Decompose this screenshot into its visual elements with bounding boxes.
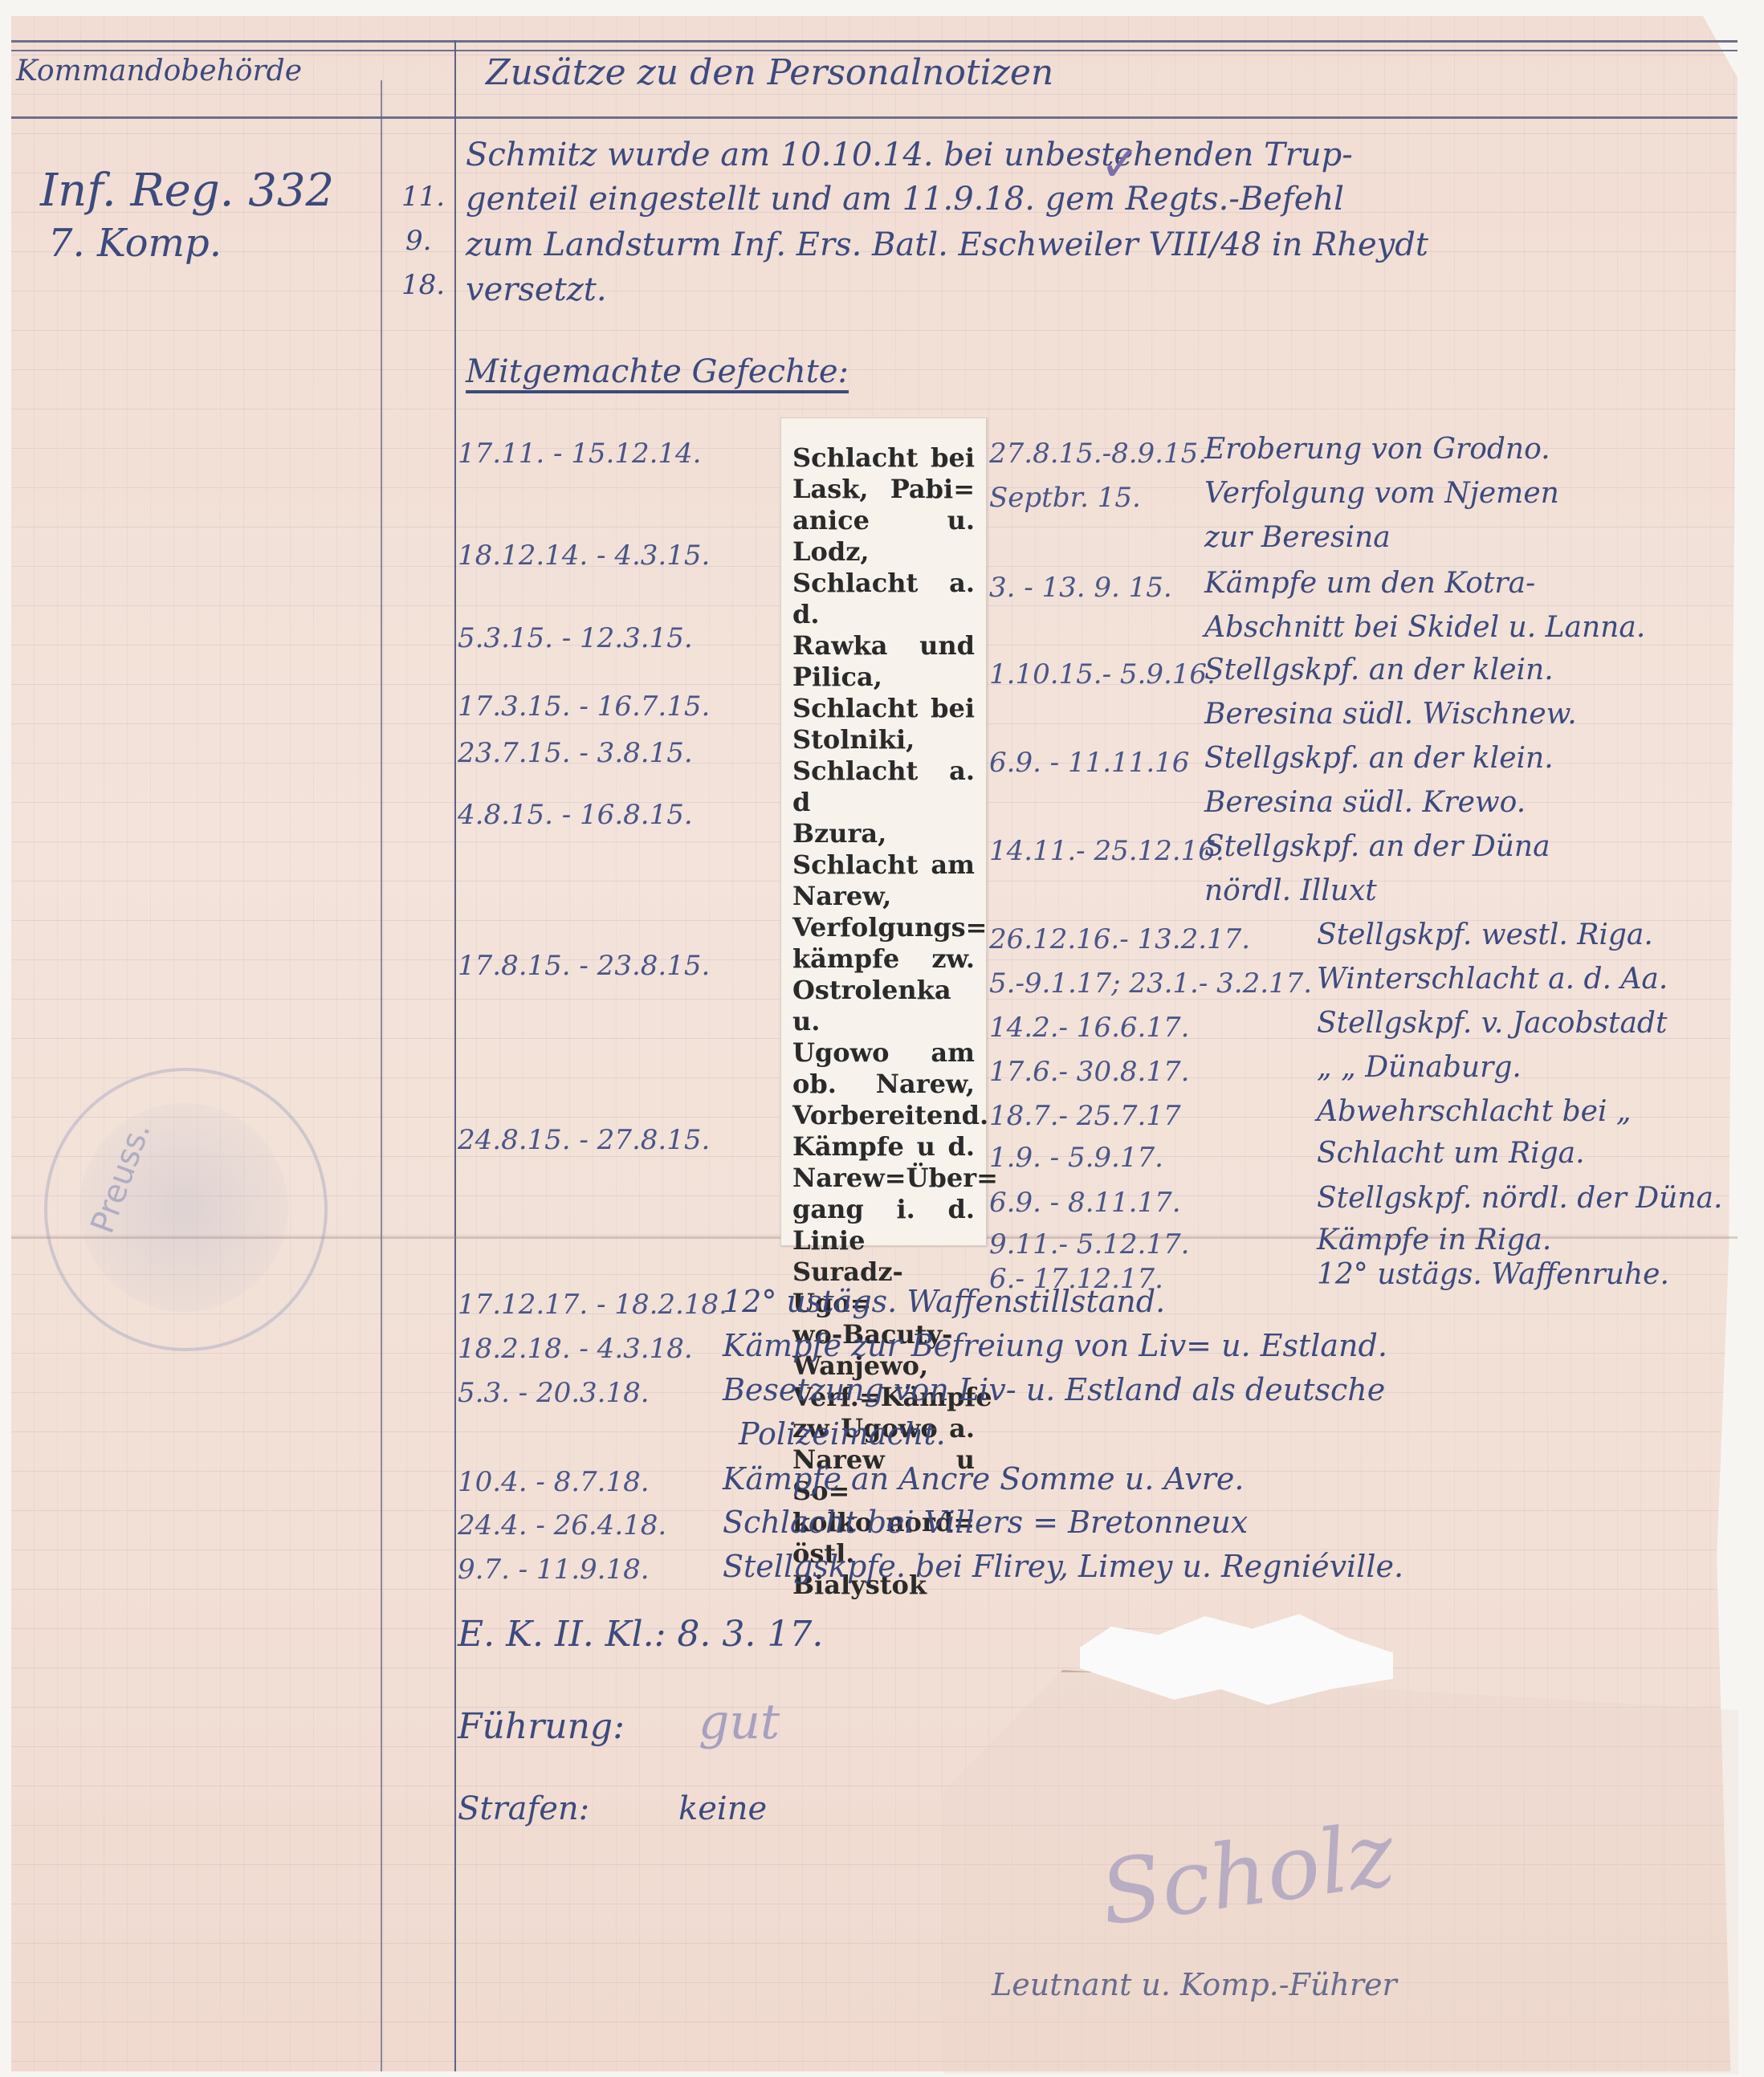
left-date-2: 18.12.14. - 4.3.15.	[458, 540, 710, 572]
lower-entry-date: 10.4. - 8.7.18.	[458, 1466, 650, 1498]
clipping-line: anice u. Lodz,	[781, 505, 986, 568]
lower-entry-date: 24.4. - 26.4.18.	[458, 1509, 666, 1541]
checkmark-icon: ✓	[1100, 136, 1140, 193]
unit-company: 7. Komp.	[48, 221, 222, 266]
intro-line-3: zum Landsturm Inf. Ers. Batl. Eschweiler…	[466, 226, 1428, 263]
header-bottom-rule	[11, 116, 1738, 119]
clipping-line: Pilica,	[781, 662, 986, 693]
clipping-line: Lask, Pabi=	[781, 474, 986, 505]
lower-entry-text: 12° ustägs. Waffenstillstand.	[723, 1284, 1165, 1319]
right-entry-date: 5.-9.1.17; 23.1.- 3.2.17.	[989, 967, 1312, 1000]
lower-entry-text: Kämpfe an Ancre Somme u. Avre.	[723, 1461, 1244, 1497]
right-entry-text: Eroberung von Grodno.	[1204, 433, 1550, 466]
clipping-line: Bzura,	[781, 818, 986, 849]
clipping-line: Schlacht bei	[781, 693, 986, 724]
right-entry-text: Schlacht um Riga.	[1317, 1137, 1585, 1170]
column-divider-left	[381, 80, 382, 2071]
lower-entry-date: 9.7. - 11.9.18.	[458, 1554, 650, 1586]
right-entry-text: Kämpfe in Riga.	[1317, 1224, 1551, 1256]
right-entry-date: 27.8.15.-8.9.15.	[989, 438, 1207, 470]
clipping-line: Verfolgungs=	[781, 912, 986, 943]
clipping-line: kämpfe zw.	[781, 943, 986, 975]
header-top-rule-2	[11, 50, 1738, 51]
penalties-label: Strafen:	[458, 1790, 589, 1827]
clipping-line: ob. Narew,	[781, 1069, 986, 1100]
clipping-line: Schlacht bei	[781, 442, 986, 474]
right-entry-date: 14.2.- 16.6.17.	[989, 1012, 1189, 1044]
right-entry-text: Abwehrschlacht bei „	[1317, 1095, 1632, 1128]
lower-entry-text: Stellgskpfe. bei Flirey, Limey u. Regnié…	[723, 1549, 1403, 1584]
decoration-iron-cross: E. K. II. Kl.: 8. 3. 17.	[458, 1614, 823, 1655]
clipping-line: Ostrolenka u.	[781, 975, 986, 1037]
left-date-3: 5.3.15. - 12.3.15.	[458, 622, 693, 654]
right-entry-text: Stellgskpf. an der klein.	[1204, 742, 1554, 775]
clipping-line: Schlacht a. d.	[781, 568, 986, 630]
conduct-value: gut	[699, 1694, 780, 1750]
lower-entry-date: 5.3. - 20.3.18.	[458, 1377, 650, 1409]
lower-entry-date: 18.2.18. - 4.3.18.	[458, 1333, 693, 1365]
intro-line-1: Schmitz wurde am 10.10.14. bei unbestehe…	[466, 136, 1353, 173]
left-date-5: 23.7.15. - 3.8.15.	[458, 737, 693, 769]
right-entry-text: Kämpfe um den Kotra-	[1204, 567, 1535, 600]
clipping-line: gang i. d. Linie	[781, 1194, 986, 1256]
right-entry-text: Stellgskpf. westl. Riga.	[1317, 918, 1653, 951]
left-date-8: 24.8.15. - 27.8.15.	[458, 1124, 710, 1156]
right-entry-date: 3. - 13. 9. 15.	[989, 572, 1172, 604]
clipping-line: Ugowo am	[781, 1037, 986, 1069]
right-entry-text: Beresina südl. Krewo.	[1204, 786, 1526, 819]
official-stamp: Preuss.	[44, 1068, 328, 1351]
right-entry-date: 17.6.- 30.8.17.	[989, 1056, 1189, 1088]
clipping-line: Schlacht am	[781, 849, 986, 881]
right-entry-text: Stellgskpf. v. Jacobstadt	[1317, 1007, 1667, 1040]
section-title: Mitgemachte Gefechte:	[466, 353, 849, 390]
clipping-line: Kämpfe u d.	[781, 1131, 986, 1163]
left-date-7: 17.8.15. - 23.8.15.	[458, 950, 710, 982]
clipping-line: Rawka und	[781, 630, 986, 662]
right-entry-date: 1.10.15.- 5.9.16.	[989, 658, 1216, 690]
right-entry-date: Septbr. 15.	[989, 482, 1141, 514]
right-entry-text: Stellgskpf. an der Düna	[1204, 830, 1550, 863]
right-entry-text: nördl. Illuxt	[1204, 874, 1377, 907]
lower-entry-text: Kämpfe zur Befreiung von Liv= u. Estland…	[723, 1328, 1387, 1363]
date-day: 11.	[401, 181, 445, 213]
clipping-line: Schlacht a. d	[781, 755, 986, 818]
lower-entry-text: Polizeimacht.	[739, 1416, 946, 1452]
left-date-4: 17.3.15. - 16.7.15.	[458, 690, 710, 723]
header-kommandobehoerde: Kommandobehörde	[16, 55, 302, 88]
right-entry-text: Verfolgung vom Njemen	[1204, 477, 1559, 510]
right-entry-date: 6.9. - 11.11.16	[989, 747, 1189, 779]
date-year: 18.	[401, 269, 445, 301]
right-entry-date: 1.9. - 5.9.17.	[989, 1142, 1163, 1174]
date-month: 9.	[405, 225, 431, 257]
header-zusaetze: Zusätze zu den Personalnotizen	[486, 52, 1053, 93]
right-entry-text: Winterschlacht a. d. Aa.	[1317, 963, 1668, 996]
clipping-line: Narew=Über=	[781, 1163, 986, 1194]
right-entry-text: 12° ustägs. Waffenruhe.	[1317, 1258, 1669, 1291]
lower-entry-date: 17.12.17. - 18.2.18.	[458, 1289, 727, 1321]
lower-entry-text: Besetzung von Liv- u. Estland als deutsc…	[723, 1372, 1385, 1407]
newspaper-clipping: Schlacht beiLask, Pabi=anice u. Lodz,Sch…	[780, 417, 987, 1246]
right-entry-text: zur Beresina	[1204, 521, 1391, 554]
right-entry-date: 9.11.- 5.12.17.	[989, 1228, 1189, 1260]
column-divider-main	[454, 40, 456, 2071]
left-date-6: 4.8.15. - 16.8.15.	[458, 799, 693, 831]
left-date-1: 17.11. - 15.12.14.	[458, 438, 701, 470]
intro-line-2: genteil eingestellt und am 11.9.18. gem …	[466, 181, 1344, 218]
lower-entry-text: Schlacht bei Villers = Bretonneux	[723, 1505, 1248, 1540]
right-entry-text: „ „ Dünaburg.	[1317, 1051, 1522, 1084]
conduct-label: Führung:	[458, 1706, 625, 1747]
penalties-value: keine	[678, 1790, 767, 1827]
right-entry-date: 14.11.- 25.12.16.	[989, 835, 1224, 867]
right-entry-text: Stellgskpf. an der klein.	[1204, 654, 1554, 686]
intro-line-4: versetzt.	[466, 271, 607, 308]
clipping-line: Narew,	[781, 881, 986, 912]
right-entry-date: 26.12.16.- 13.2.17.	[989, 923, 1250, 955]
right-entry-date: 18.7.- 25.7.17	[989, 1100, 1181, 1132]
header-top-rule	[11, 40, 1738, 43]
right-entry-text: Abschnitt bei Skidel u. Lanna.	[1204, 611, 1645, 644]
right-entry-date: 6.9. - 8.11.17.	[989, 1187, 1181, 1219]
right-entry-text: Stellgskpf. nördl. der Düna.	[1317, 1182, 1722, 1215]
clipping-line: Stolniki,	[781, 724, 986, 755]
torn-corner	[943, 1670, 1738, 2074]
clipping-line: Vorbereitend.	[781, 1100, 986, 1131]
right-entry-text: Beresina südl. Wischnew.	[1204, 698, 1577, 731]
unit-regiment: Inf. Reg. 332	[40, 165, 334, 217]
